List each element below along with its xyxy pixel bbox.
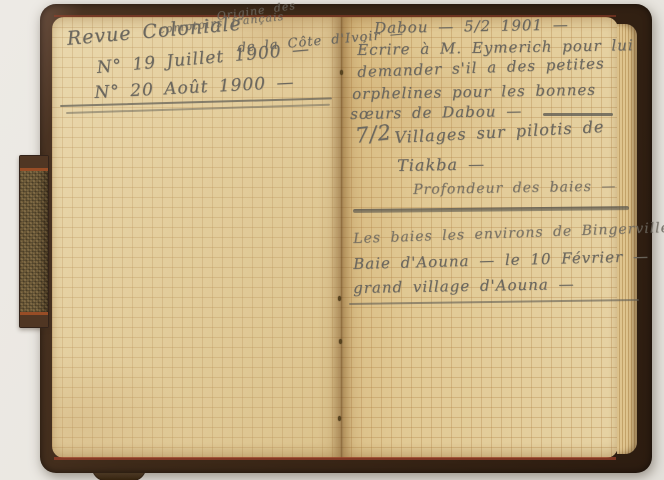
stitch-hole <box>340 70 343 75</box>
page-edge-stack <box>617 24 637 454</box>
stitch-hole <box>338 416 341 421</box>
trailing-dash-rule <box>543 113 613 116</box>
strap-stitched-cap-bottom <box>20 312 48 327</box>
strap-weave-texture <box>20 156 48 327</box>
bookmark-strap <box>19 155 49 328</box>
stitch-hole <box>339 339 342 344</box>
handwritten-line: grand village d'Aouna — <box>353 275 575 297</box>
strap-stitched-cap-top <box>20 156 48 171</box>
handwritten-date: 7/2 <box>354 120 393 148</box>
red-page-edge-bottom <box>54 457 616 460</box>
notebook-photo: Origine des comptoirs français Revue Col… <box>0 0 664 480</box>
stitch-hole <box>338 296 341 301</box>
handwritten-line: Dabou — 5/2 1901 — <box>374 16 569 37</box>
handwritten-line: Tiakba — <box>397 154 485 175</box>
gutter-shadow <box>330 17 352 458</box>
handwritten-line: sœurs de Dabou — <box>350 102 522 123</box>
